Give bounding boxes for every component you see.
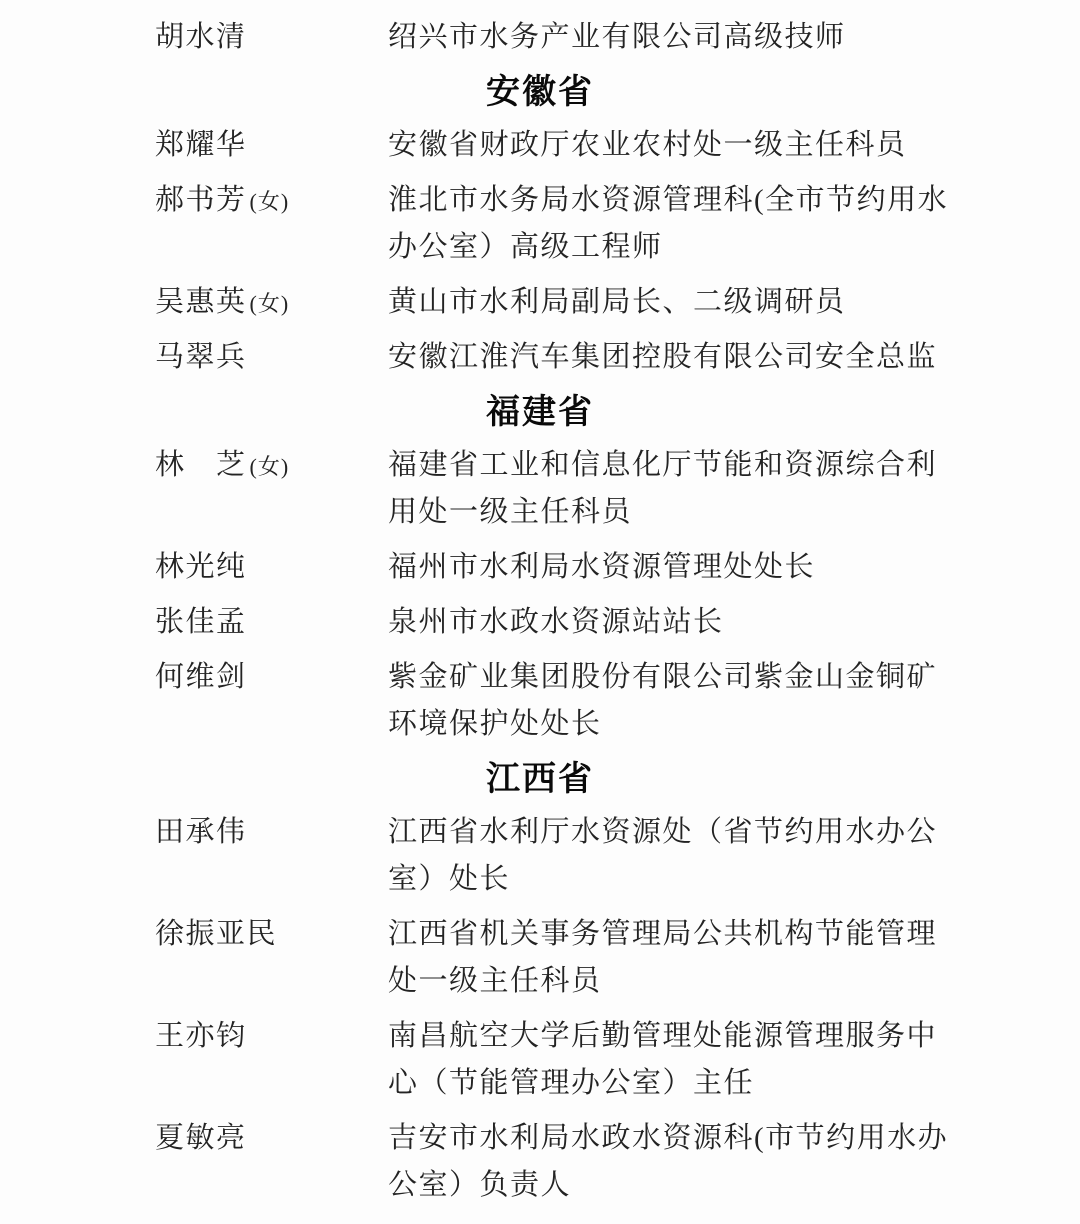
person-position: 江西省机关事务管理局公共机构节能管理 处一级主任科员 [388, 911, 958, 1005]
person-position: 福建省工业和信息化厅节能和资源综合利 用处一级主任科员 [388, 442, 958, 536]
person-name: 马翠兵 [155, 334, 388, 381]
roster-entry: 林 芝(女) 福建省工业和信息化厅节能和资源综合利 用处一级主任科员 [0, 442, 1080, 536]
roster-entry: 郝书芳(女) 淮北市水务局水资源管理科(全市节约用水 办公室）高级工程师 [0, 177, 1080, 271]
roster-entry: 胡水清 绍兴市水务产业有限公司高级技师 [0, 14, 1080, 61]
person-name-text: 胡水清 [155, 21, 247, 53]
position-line: 办公室）高级工程师 [388, 224, 958, 271]
roster-entry: 马翠兵 安徽江淮汽车集团控股有限公司安全总监 [0, 334, 1080, 381]
person-name-suffix: (女) [250, 189, 290, 214]
person-name-text: 林 芝 [155, 449, 247, 481]
person-name-text: 吴惠英 [155, 286, 247, 318]
person-name: 郑耀华 [155, 122, 388, 169]
position-line: 黄山市水利局副局长、二级调研员 [388, 279, 958, 326]
position-line: 南昌航空大学后勤管理处能源管理服务中 [388, 1013, 958, 1060]
position-line: 环境保护处处长 [388, 701, 958, 748]
roster-entry: 田承伟 江西省水利厅水资源处（省节约用水办公 室）处长 [0, 809, 1080, 903]
person-name: 林 芝(女) [155, 442, 388, 489]
roster-entry: 徐振亚民 江西省机关事务管理局公共机构节能管理 处一级主任科员 [0, 911, 1080, 1005]
person-position: 黄山市水利局副局长、二级调研员 [388, 279, 958, 326]
person-name: 徐振亚民 [155, 911, 388, 958]
person-position: 紫金矿业集团股份有限公司紫金山金铜矿 环境保护处处长 [388, 654, 958, 748]
province-header: 安徽省 [0, 69, 1080, 116]
roster-entry: 夏敏亮 吉安市水利局水政水资源科(市节约用水办 公室）负责人 [0, 1115, 1080, 1209]
person-name-text: 夏敏亮 [155, 1122, 247, 1154]
person-name-text: 徐振亚民 [155, 918, 277, 950]
person-name: 吴惠英(女) [155, 279, 388, 326]
province-header: 福建省 [0, 389, 1080, 436]
roster-entry: 张佳孟 泉州市水政水资源站站长 [0, 599, 1080, 646]
roster-entry: 林光纯 福州市水利局水资源管理处处长 [0, 544, 1080, 591]
position-line: 泉州市水政水资源站站长 [388, 599, 958, 646]
person-name-text: 何维剑 [155, 661, 247, 693]
roster-entry: 何维剑 紫金矿业集团股份有限公司紫金山金铜矿 环境保护处处长 [0, 654, 1080, 748]
position-line: 安徽省财政厅农业农村处一级主任科员 [388, 122, 958, 169]
position-line: 淮北市水务局水资源管理科(全市节约用水 [388, 177, 958, 224]
person-name-text: 王亦钧 [155, 1020, 247, 1052]
position-line: 福州市水利局水资源管理处处长 [388, 544, 958, 591]
person-position: 绍兴市水务产业有限公司高级技师 [388, 14, 958, 61]
position-line: 用处一级主任科员 [388, 489, 958, 536]
roster-entry: 吴惠英(女) 黄山市水利局副局长、二级调研员 [0, 279, 1080, 326]
person-position: 南昌航空大学后勤管理处能源管理服务中 心（节能管理办公室）主任 [388, 1013, 958, 1107]
person-position: 淮北市水务局水资源管理科(全市节约用水 办公室）高级工程师 [388, 177, 958, 271]
person-name: 郝书芳(女) [155, 177, 388, 224]
person-name-text: 田承伟 [155, 816, 247, 848]
person-name: 林光纯 [155, 544, 388, 591]
position-line: 江西省水利厅水资源处（省节约用水办公 [388, 809, 958, 856]
person-position: 安徽江淮汽车集团控股有限公司安全总监 [388, 334, 958, 381]
person-position: 江西省水利厅水资源处（省节约用水办公 室）处长 [388, 809, 958, 903]
position-line: 公室）负责人 [388, 1162, 958, 1209]
person-position: 福州市水利局水资源管理处处长 [388, 544, 958, 591]
position-line: 福建省工业和信息化厅节能和资源综合利 [388, 442, 958, 489]
roster-entry: 王亦钧 南昌航空大学后勤管理处能源管理服务中 心（节能管理办公室）主任 [0, 1013, 1080, 1107]
position-line: 心（节能管理办公室）主任 [388, 1060, 958, 1107]
person-name-text: 郑耀华 [155, 129, 247, 161]
person-name: 张佳孟 [155, 599, 388, 646]
person-name-text: 林光纯 [155, 551, 247, 583]
position-line: 安徽江淮汽车集团控股有限公司安全总监 [388, 334, 958, 381]
person-name: 王亦钧 [155, 1013, 388, 1060]
person-name: 夏敏亮 [155, 1115, 388, 1162]
roster-entry: 郑耀华 安徽省财政厅农业农村处一级主任科员 [0, 122, 1080, 169]
document-page: 胡水清 绍兴市水务产业有限公司高级技师 安徽省 郑耀华 安徽省财政厅农业农村处一… [0, 0, 1080, 1224]
position-line: 紫金矿业集团股份有限公司紫金山金铜矿 [388, 654, 958, 701]
person-name-text: 张佳孟 [155, 606, 247, 638]
province-header: 江西省 [0, 756, 1080, 803]
position-line: 江西省机关事务管理局公共机构节能管理 [388, 911, 958, 958]
position-line: 室）处长 [388, 856, 958, 903]
position-line: 吉安市水利局水政水资源科(市节约用水办 [388, 1115, 958, 1162]
person-name: 何维剑 [155, 654, 388, 701]
person-name-text: 郝书芳 [155, 184, 247, 216]
person-name: 田承伟 [155, 809, 388, 856]
person-name-text: 马翠兵 [155, 341, 247, 373]
person-position: 泉州市水政水资源站站长 [388, 599, 958, 646]
person-name: 胡水清 [155, 14, 388, 61]
person-position: 安徽省财政厅农业农村处一级主任科员 [388, 122, 958, 169]
position-line: 绍兴市水务产业有限公司高级技师 [388, 14, 958, 61]
person-name-suffix: (女) [250, 454, 290, 479]
person-position: 吉安市水利局水政水资源科(市节约用水办 公室）负责人 [388, 1115, 958, 1209]
person-name-suffix: (女) [250, 291, 290, 316]
position-line: 处一级主任科员 [388, 958, 958, 1005]
